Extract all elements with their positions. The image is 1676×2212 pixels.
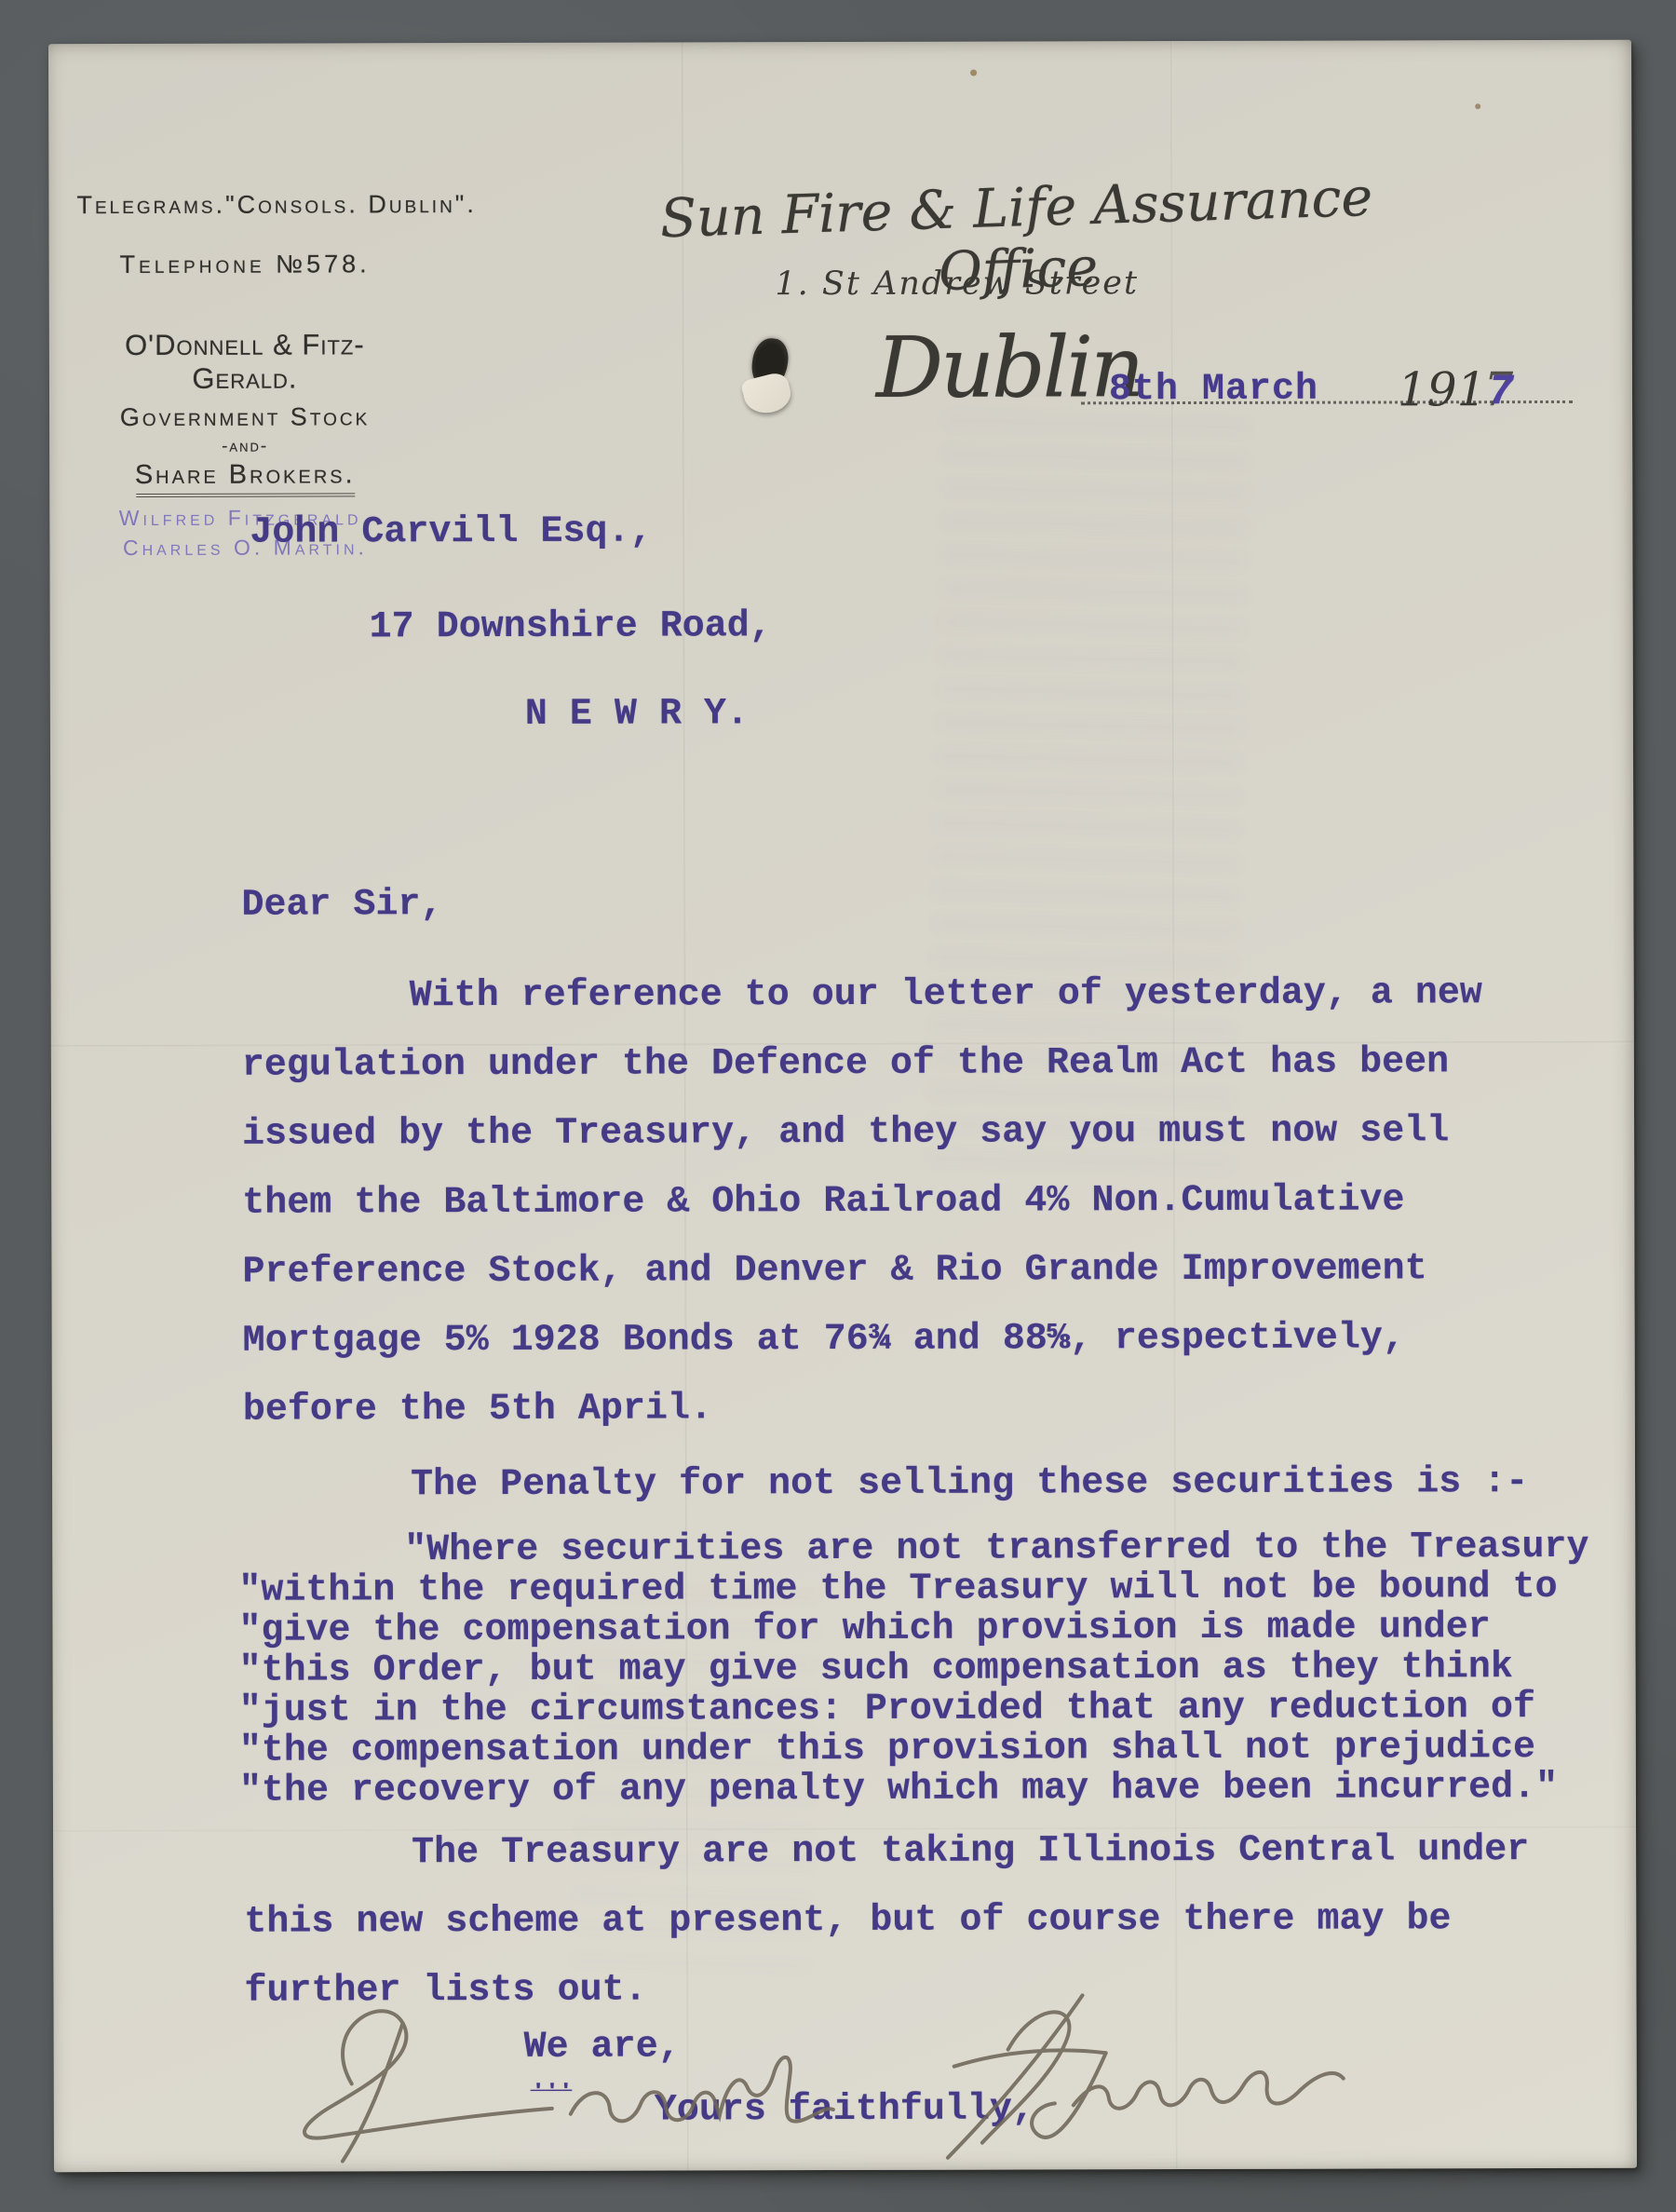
penalty-line: The Penalty for not selling these securi…	[243, 1461, 1528, 1507]
firm-name: O'Donnell & Fitz-Gerald.	[75, 328, 414, 396]
quoted-regulation-block: "Where securities are not transferred to…	[238, 1529, 1589, 1813]
punch-hole-torn-flap	[740, 371, 794, 418]
office-street-script: 1. St Andrew Street	[696, 265, 1218, 303]
year-printed: 191	[1398, 362, 1487, 416]
body-line: this new scheme at present, but of cours…	[244, 1899, 1529, 1972]
body-line: before the 5th April.	[243, 1387, 1483, 1459]
paragraph-1: With reference to our letter of yesterda…	[242, 973, 1484, 1459]
body-line: regulation under the Defence of the Real…	[242, 1042, 1482, 1114]
recipient-line: N E W R Y.	[525, 695, 772, 735]
letterhead-rule	[136, 493, 355, 497]
body-line: Mortgage 5% 1928 Bonds at 76¾ and 88⅝, r…	[243, 1318, 1483, 1390]
body-line: With reference to our letter of yesterda…	[242, 973, 1482, 1045]
signature: O'Donnell FitzGerald	[263, 1992, 1426, 2170]
recipient-line: John Carvill Esq.,	[250, 512, 771, 552]
scan-background: Telegrams."Consols. Dublin". Telephone №…	[0, 0, 1676, 2212]
body-line: Preference Stock, and Denver & Rio Grand…	[242, 1249, 1482, 1321]
firm-role-line-1: Government Stock	[75, 402, 414, 432]
body-line: The Treasury are not taking Illinois Cen…	[244, 1830, 1529, 1903]
typed-date: 8th March	[1109, 369, 1318, 412]
signature-strokes	[263, 1992, 1426, 2170]
quote-line: "the recovery of any penalty which may h…	[239, 1770, 1589, 1813]
firm-role-line-2: Share Brokers.	[75, 459, 414, 491]
letter-paper: Telegrams."Consols. Dublin". Telephone №…	[48, 40, 1637, 2172]
recipient-block: John Carvill Esq.,17 Downshire Road,N E …	[250, 512, 772, 735]
body-line: them the Baltimore & Ohio Railroad 4% No…	[242, 1180, 1482, 1252]
firm-role-connector: -and-	[75, 436, 414, 457]
salutation: Dear Sir,	[241, 884, 442, 927]
telegrams-line: Telegrams."Consols. Dublin".	[76, 190, 476, 220]
telephone-line: Telephone №578.	[120, 250, 371, 279]
paper-speck	[970, 70, 977, 76]
recipient-line: 17 Downshire Road,	[370, 607, 772, 647]
year-stamped-digit: 7	[1488, 368, 1514, 416]
body-line: issued by the Treasury, and they say you…	[242, 1111, 1482, 1183]
paper-speck	[1475, 103, 1480, 109]
year: 19177	[1398, 362, 1514, 418]
